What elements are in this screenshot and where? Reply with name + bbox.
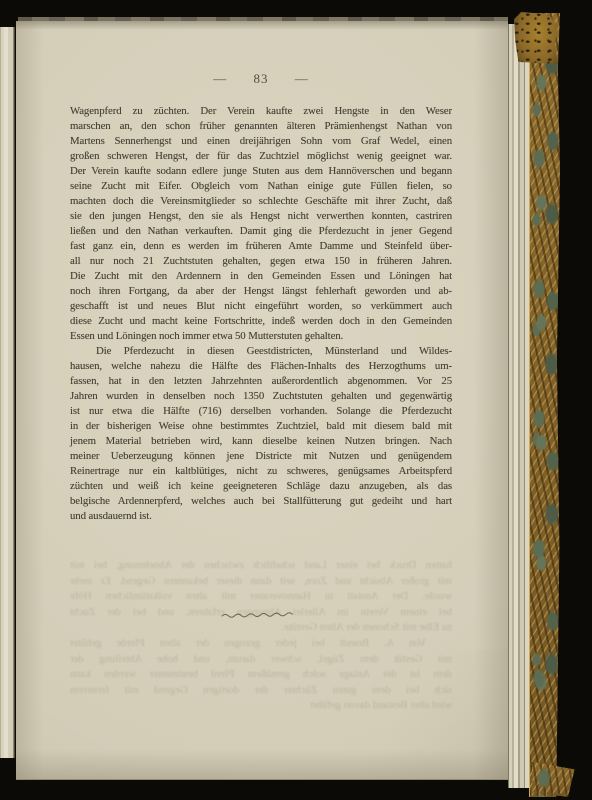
text-line: Die Pferdezucht in diesen Geestdistricte…: [70, 344, 452, 359]
text-line: diese Zucht und macht keine Fortschritte…: [70, 314, 452, 329]
marble-cover-corner: [514, 12, 558, 64]
text-line: fassen, hat in den letzten Jahrzehnten a…: [70, 374, 452, 389]
text-line: jenem Material betrieben wird, kann dies…: [70, 434, 452, 449]
page-number-header: — 83 —: [70, 71, 452, 87]
text-line: sie den jungen Hengst, den sie als Hengs…: [70, 209, 452, 224]
facing-page-edge: [0, 27, 15, 758]
text-line: großen schweren Hengst, der für das Zuch…: [70, 149, 452, 164]
body-text: Wagenpferd zu züchten. Der Verein kaufte…: [70, 104, 452, 524]
page-stack-edge: [508, 24, 532, 788]
text-line: ist nur etwa die Hälfte (716) derselben …: [70, 404, 452, 419]
ghost-line: mit Gestüt dem Zügel, schwer darum, und …: [70, 652, 452, 668]
ghost-line: zu Elbe mit Schonen der Alten Gestüte.: [70, 620, 452, 636]
text-line: Die Zucht mit den Ardennern in den Gemei…: [70, 269, 452, 284]
text-line: all nur noch 21 Zuchtstuten gehalten, ge…: [70, 254, 452, 269]
text-line: Der Verein kaufte sodann edlere junge St…: [70, 164, 452, 179]
text-line: Essen und Löningen noch immer etwa 50 Mu…: [70, 329, 452, 344]
text-line: Martens Sennerhengst und einen dreijähri…: [70, 134, 452, 149]
text-line: Wagenpferd zu züchten. Der Verein kaufte…: [70, 104, 452, 119]
book-photo-background: { "meta": { "page_number": "83", "header…: [0, 0, 592, 800]
ghost-line: sich bei dem guten Züchter der dortigen …: [70, 683, 452, 699]
text-line: seine Zucht mit Eifer. Obgleich vom Nath…: [70, 179, 452, 194]
text-line: Jahren wurden in denselben noch 1350 Zuc…: [70, 389, 452, 404]
text-line: noch ihren Fortgang, da aber der Hengst …: [70, 284, 452, 299]
book-page: — 83 — Wagenpferd zu züchten. Der Verein…: [16, 21, 508, 780]
text-line: ließen und den Nathan verkauften. Damit …: [70, 224, 452, 239]
squiggle-mark: [220, 609, 300, 621]
ghost-line: Von A. Brandt bei jeder gezogen der alte…: [70, 636, 452, 652]
text-line: in der bisherigen Weise ohne bestimmtes …: [70, 419, 452, 434]
text-line: Reinertrage nur ein kaltblütiges, nicht …: [70, 464, 452, 479]
text-line: züchten und weiß ich keine geeigneteren …: [70, 479, 452, 494]
ghost-line: wurde. Der Anstalt in Hannoveraner mit a…: [70, 589, 452, 605]
ghost-line: hatten Druck bei einer Land schaftlich z…: [70, 558, 452, 574]
text-line: belgische Ardennerpferd, welches auch be…: [70, 494, 452, 509]
text-line: machten doch die Vereinsmitglieder so sc…: [70, 194, 452, 209]
text-line: fast ganz ein, denn es werden im frühere…: [70, 239, 452, 254]
text-line: marschen an, den schon früher genannten …: [70, 119, 452, 134]
text-line: hausen, welche nahezu die Hälfte des Flä…: [70, 359, 452, 374]
ghost-line: wird alter Bestand davon geführt: [70, 698, 452, 714]
bleedthrough-text: hatten Druck bei einer Land schaftlich z…: [70, 558, 452, 714]
marble-cover-bottom: [530, 762, 575, 797]
marble-cover-edge: [529, 13, 560, 797]
ghost-line: dem ist der Anlage solch gemäßem Pferd b…: [70, 667, 452, 683]
text-line: geschafft ist und neues Blut nicht einge…: [70, 299, 452, 314]
text-line: meiner Ueberzeugung können jene District…: [70, 449, 452, 464]
text-line: und ausdauernd ist.: [70, 509, 452, 524]
ghost-line: mit großer Absicht und Zorn, seit dann d…: [70, 574, 452, 590]
